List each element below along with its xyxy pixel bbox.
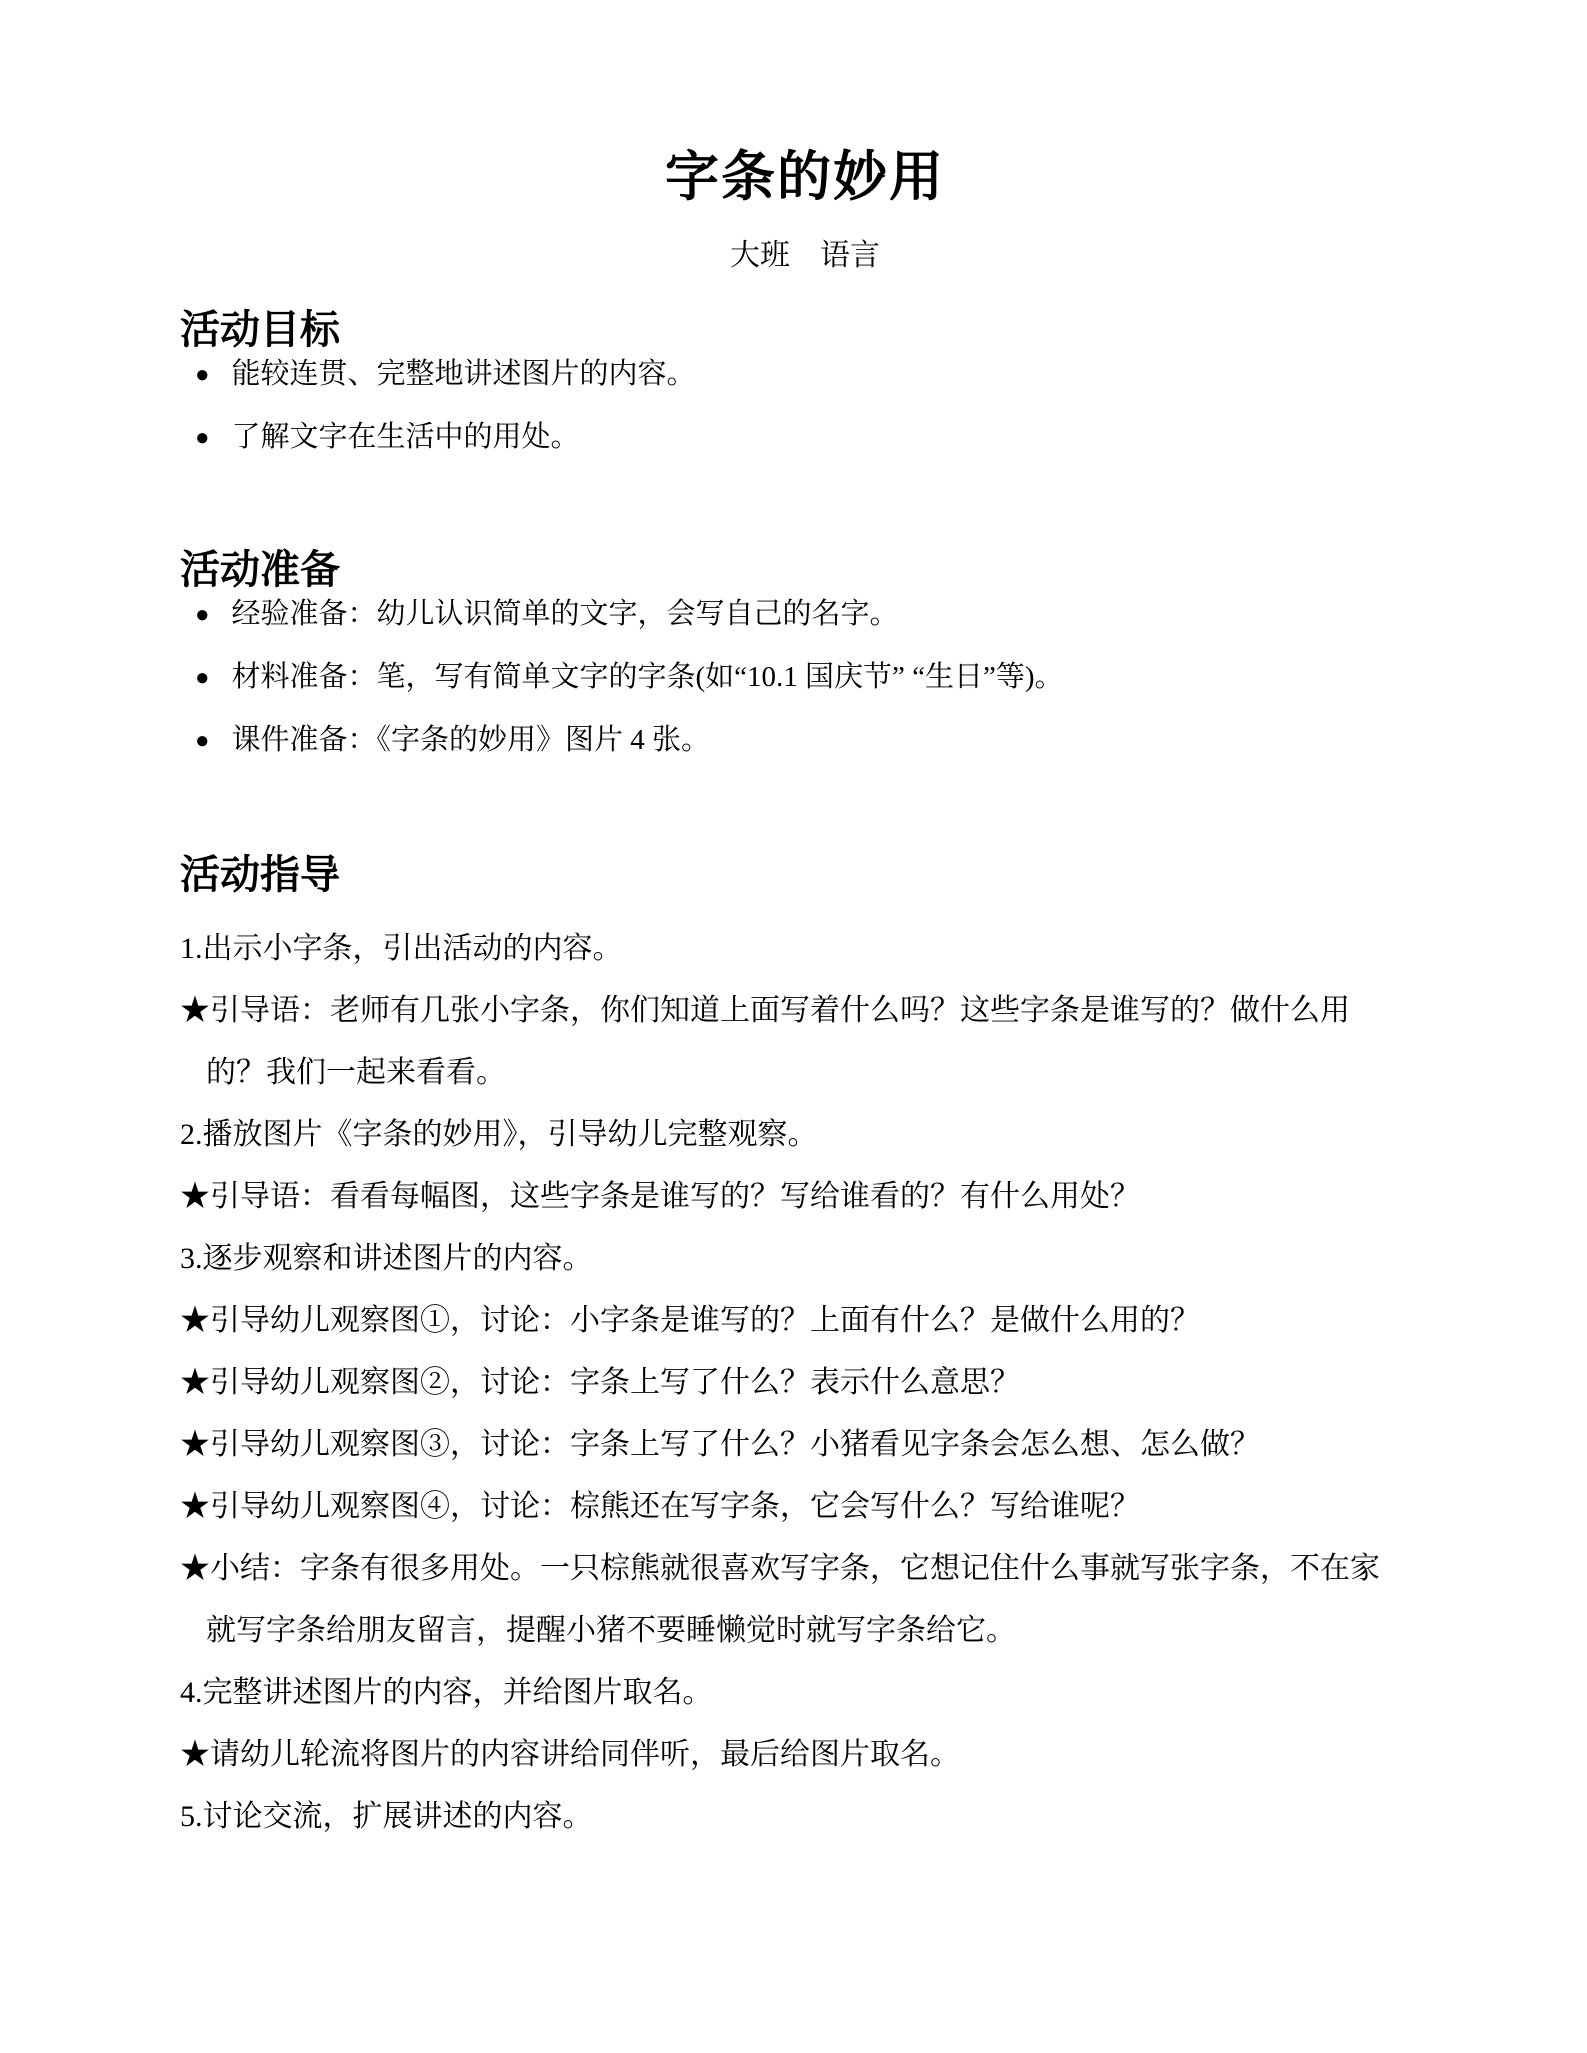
guide-line: ★引导幼儿观察图②，讨论：字条上写了什么？表示什么意思？	[180, 1364, 1430, 1402]
bullet-icon: ●	[195, 596, 210, 634]
guide-line-continuation: 的？我们一起来看看。	[180, 1054, 1430, 1092]
list-item: ●了解文字在生活中的用处。	[180, 418, 1430, 457]
guide-line: ★请幼儿轮流将图片的内容讲给同伴听，最后给图片取名。	[180, 1736, 1430, 1774]
guide-line-continuation: 就写字条给朋友留言，提醒小猪不要睡懒觉时就写字条给它。	[180, 1612, 1430, 1650]
bullet-text: 能较连贯、完整地讲述图片的内容。	[232, 358, 696, 390]
guide-line: ★引导幼儿观察图①，讨论：小字条是谁写的？上面有什么？是做什么用的？	[180, 1302, 1430, 1340]
section-heading-guide: 活动指导	[180, 850, 1430, 900]
guide-paragraphs: 1.出示小字条，引出活动的内容。 ★引导语：老师有几张小字条，你们知道上面写着什…	[180, 930, 1430, 1836]
bullet-icon: ●	[195, 722, 210, 760]
document-content: 字条的妙用 大班 语言 活动目标 ●能较连贯、完整地讲述图片的内容。 ●了解文字…	[0, 145, 1587, 1836]
bullet-text: 课件准备：《字条的妙用》图片 4 张。	[232, 724, 711, 756]
document-title: 字条的妙用	[180, 145, 1430, 209]
bullet-icon: ●	[195, 659, 210, 697]
list-item: ●能较连贯、完整地讲述图片的内容。	[180, 355, 1430, 394]
guide-line: 3.逐步观察和讲述图片的内容。	[180, 1240, 1430, 1278]
bullet-icon: ●	[195, 356, 210, 394]
guide-line: 1.出示小字条，引出活动的内容。	[180, 930, 1430, 968]
list-item: ●课件准备：《字条的妙用》图片 4 张。	[180, 721, 1430, 760]
guide-line: ★小结：字条有很多用处。一只棕熊就很喜欢写字条，它想记住什么事就写张字条，不在家	[180, 1550, 1430, 1588]
document-subtitle: 大班 语言	[180, 237, 1430, 275]
section-heading-goals: 活动目标	[180, 305, 1430, 355]
guide-line: 2.播放图片《字条的妙用》，引导幼儿完整观察。	[180, 1116, 1430, 1154]
guide-line: ★引导幼儿观察图④，讨论：棕熊还在写字条，它会写什么？写给谁呢？	[180, 1488, 1430, 1526]
guide-line: ★引导语：老师有几张小字条，你们知道上面写着什么吗？这些字条是谁写的？做什么用	[180, 992, 1430, 1030]
prep-bullet-list: ●经验准备：幼儿认识简单的文字，会写自己的名字。 ●材料准备：笔，写有简单文字的…	[180, 595, 1430, 760]
document-page: 字条的妙用 大班 语言 活动目标 ●能较连贯、完整地讲述图片的内容。 ●了解文字…	[0, 0, 1587, 2053]
guide-line: ★引导语：看看每幅图，这些字条是谁写的？写给谁看的？有什么用处？	[180, 1178, 1430, 1216]
bullet-text: 经验准备：幼儿认识简单的文字，会写自己的名字。	[232, 598, 899, 630]
bullet-icon: ●	[195, 419, 210, 457]
list-item: ●材料准备：笔，写有简单文字的字条(如“10.1 国庆节” “生日”等)。	[180, 658, 1430, 697]
goals-bullet-list: ●能较连贯、完整地讲述图片的内容。 ●了解文字在生活中的用处。	[180, 355, 1430, 457]
guide-line: ★引导幼儿观察图③，讨论：字条上写了什么？小猪看见字条会怎么想、怎么做？	[180, 1426, 1430, 1464]
bullet-text: 了解文字在生活中的用处。	[232, 421, 580, 453]
list-item: ●经验准备：幼儿认识简单的文字，会写自己的名字。	[180, 595, 1430, 634]
guide-line: 5.讨论交流，扩展讲述的内容。	[180, 1798, 1430, 1836]
bullet-text: 材料准备：笔，写有简单文字的字条(如“10.1 国庆节” “生日”等)。	[232, 661, 1064, 693]
section-heading-prep: 活动准备	[180, 545, 1430, 595]
guide-line: 4.完整讲述图片的内容，并给图片取名。	[180, 1674, 1430, 1712]
